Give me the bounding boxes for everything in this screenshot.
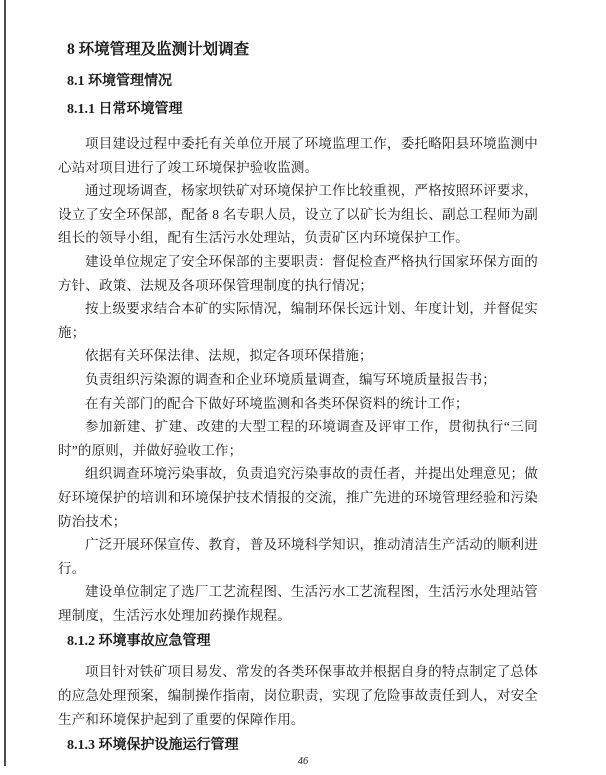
paragraph-duty-plans: 按上级要求结合本矿的实际情况，编制环保长远计划、年度计划，并督促实施； xyxy=(58,297,538,344)
paragraph-site-survey: 通过现场调查，杨家坝铁矿对环境保护工作比较重视，严格按照环评要求，设立了安全环保… xyxy=(58,179,538,250)
page-content: 8 环境管理及监测计划调查 8.1 环境管理情况 8.1.1 日常环境管理 项目… xyxy=(58,40,538,764)
page-number: 46 xyxy=(0,756,606,767)
paragraph-duty-publicity: 广泛开展环保宣传、教育，普及环境科学知识，推动清洁生产活动的顺利进行。 xyxy=(58,533,538,580)
paragraph-duty-pollution-survey: 负责组织污染源的调查和企业环境质量调查，编写环境质量报告书； xyxy=(58,368,538,392)
paragraph-duty-three-simultaneity: 参加新建、扩建、改建的大型工程的环境调查及评审工作，贯彻执行“三同时”的原则，并… xyxy=(58,415,538,462)
paragraph-process-charts: 建设单位制定了选厂工艺流程图、生活污水工艺流程图，生活污水处理站管理制度，生活污… xyxy=(58,580,538,627)
paragraph-emergency-plan: 项目针对铁矿项目易发、常发的各类环保事故并根据自身的特点制定了总体的应急处理预案… xyxy=(58,660,538,731)
paragraph-duty-measures: 依据有关环保法律、法规，拟定各项环保措施； xyxy=(58,344,538,368)
paragraph-duty-monitoring-statistics: 在有关部门的配合下做好环境监测和各类环保资料的统计工作； xyxy=(58,392,538,416)
scan-edge-line xyxy=(4,0,6,766)
section-heading-8-1-3: 8.1.3 环境保护设施运行管理 xyxy=(58,736,538,755)
paragraph-duties-intro: 建设单位规定了安全环保部的主要职责：督促检查严格执行国家环保方面的方针、政策、法… xyxy=(58,250,538,297)
section-heading-8-1: 8.1 环境管理情况 xyxy=(58,72,538,91)
paragraph-duty-accident-investigation: 组织调查环境污染事故，负责追究污染事故的责任者，并提出处理意见；做好环境保护的培… xyxy=(58,462,538,533)
document-page: 8 环境管理及监测计划调查 8.1 环境管理情况 8.1.1 日常环境管理 项目… xyxy=(0,0,606,775)
section-heading-8-1-2: 8.1.2 环境事故应急管理 xyxy=(58,632,538,651)
section-heading-8: 8 环境管理及监测计划调查 xyxy=(58,40,538,60)
section-heading-8-1-1: 8.1.1 日常环境管理 xyxy=(58,100,538,119)
paragraph-construction-supervision: 项目建设过程中委托有关单位开展了环境监理工作，委托略阳县环境监测中心站对项目进行… xyxy=(58,132,538,179)
